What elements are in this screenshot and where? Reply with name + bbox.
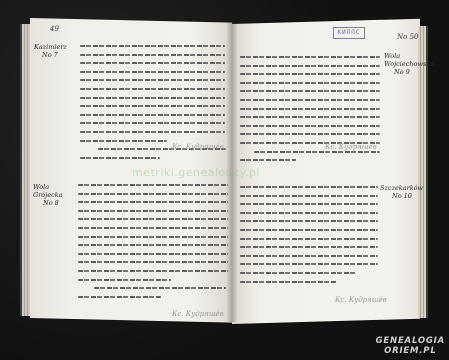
archive-stamp: КИППС <box>333 27 365 39</box>
left-page-number: 49 <box>50 25 59 33</box>
margin-village-name: Wola Wojciechowska No 9 <box>384 52 420 76</box>
margin-village-name: Szczekarków No 10 <box>380 184 420 200</box>
priest-signature: Кс. Кудряшёв <box>172 310 224 318</box>
margin-village-name: Kazimierz No 7 <box>34 43 76 59</box>
priest-signature: Кс. Кудряшёв <box>325 143 377 151</box>
margin-village-name: Wola Grójecka No 8 <box>33 183 75 207</box>
watermark-metriki: metriki.genealodzy.pl <box>132 166 260 179</box>
watermark-genealogia: GENEALOGIA ORIEM.PL <box>376 336 445 356</box>
record-entry-text <box>78 184 228 304</box>
right-page-number: No 50 <box>397 33 418 41</box>
priest-signature: Кс. Кудряшёв <box>172 143 224 151</box>
record-entry-text <box>240 186 378 289</box>
priest-signature: Кс. Кудряшёв <box>335 296 387 304</box>
open-register-book: 49 Kazimierz No 7 Кс. Кудряшёв Wola Grój… <box>0 0 449 360</box>
